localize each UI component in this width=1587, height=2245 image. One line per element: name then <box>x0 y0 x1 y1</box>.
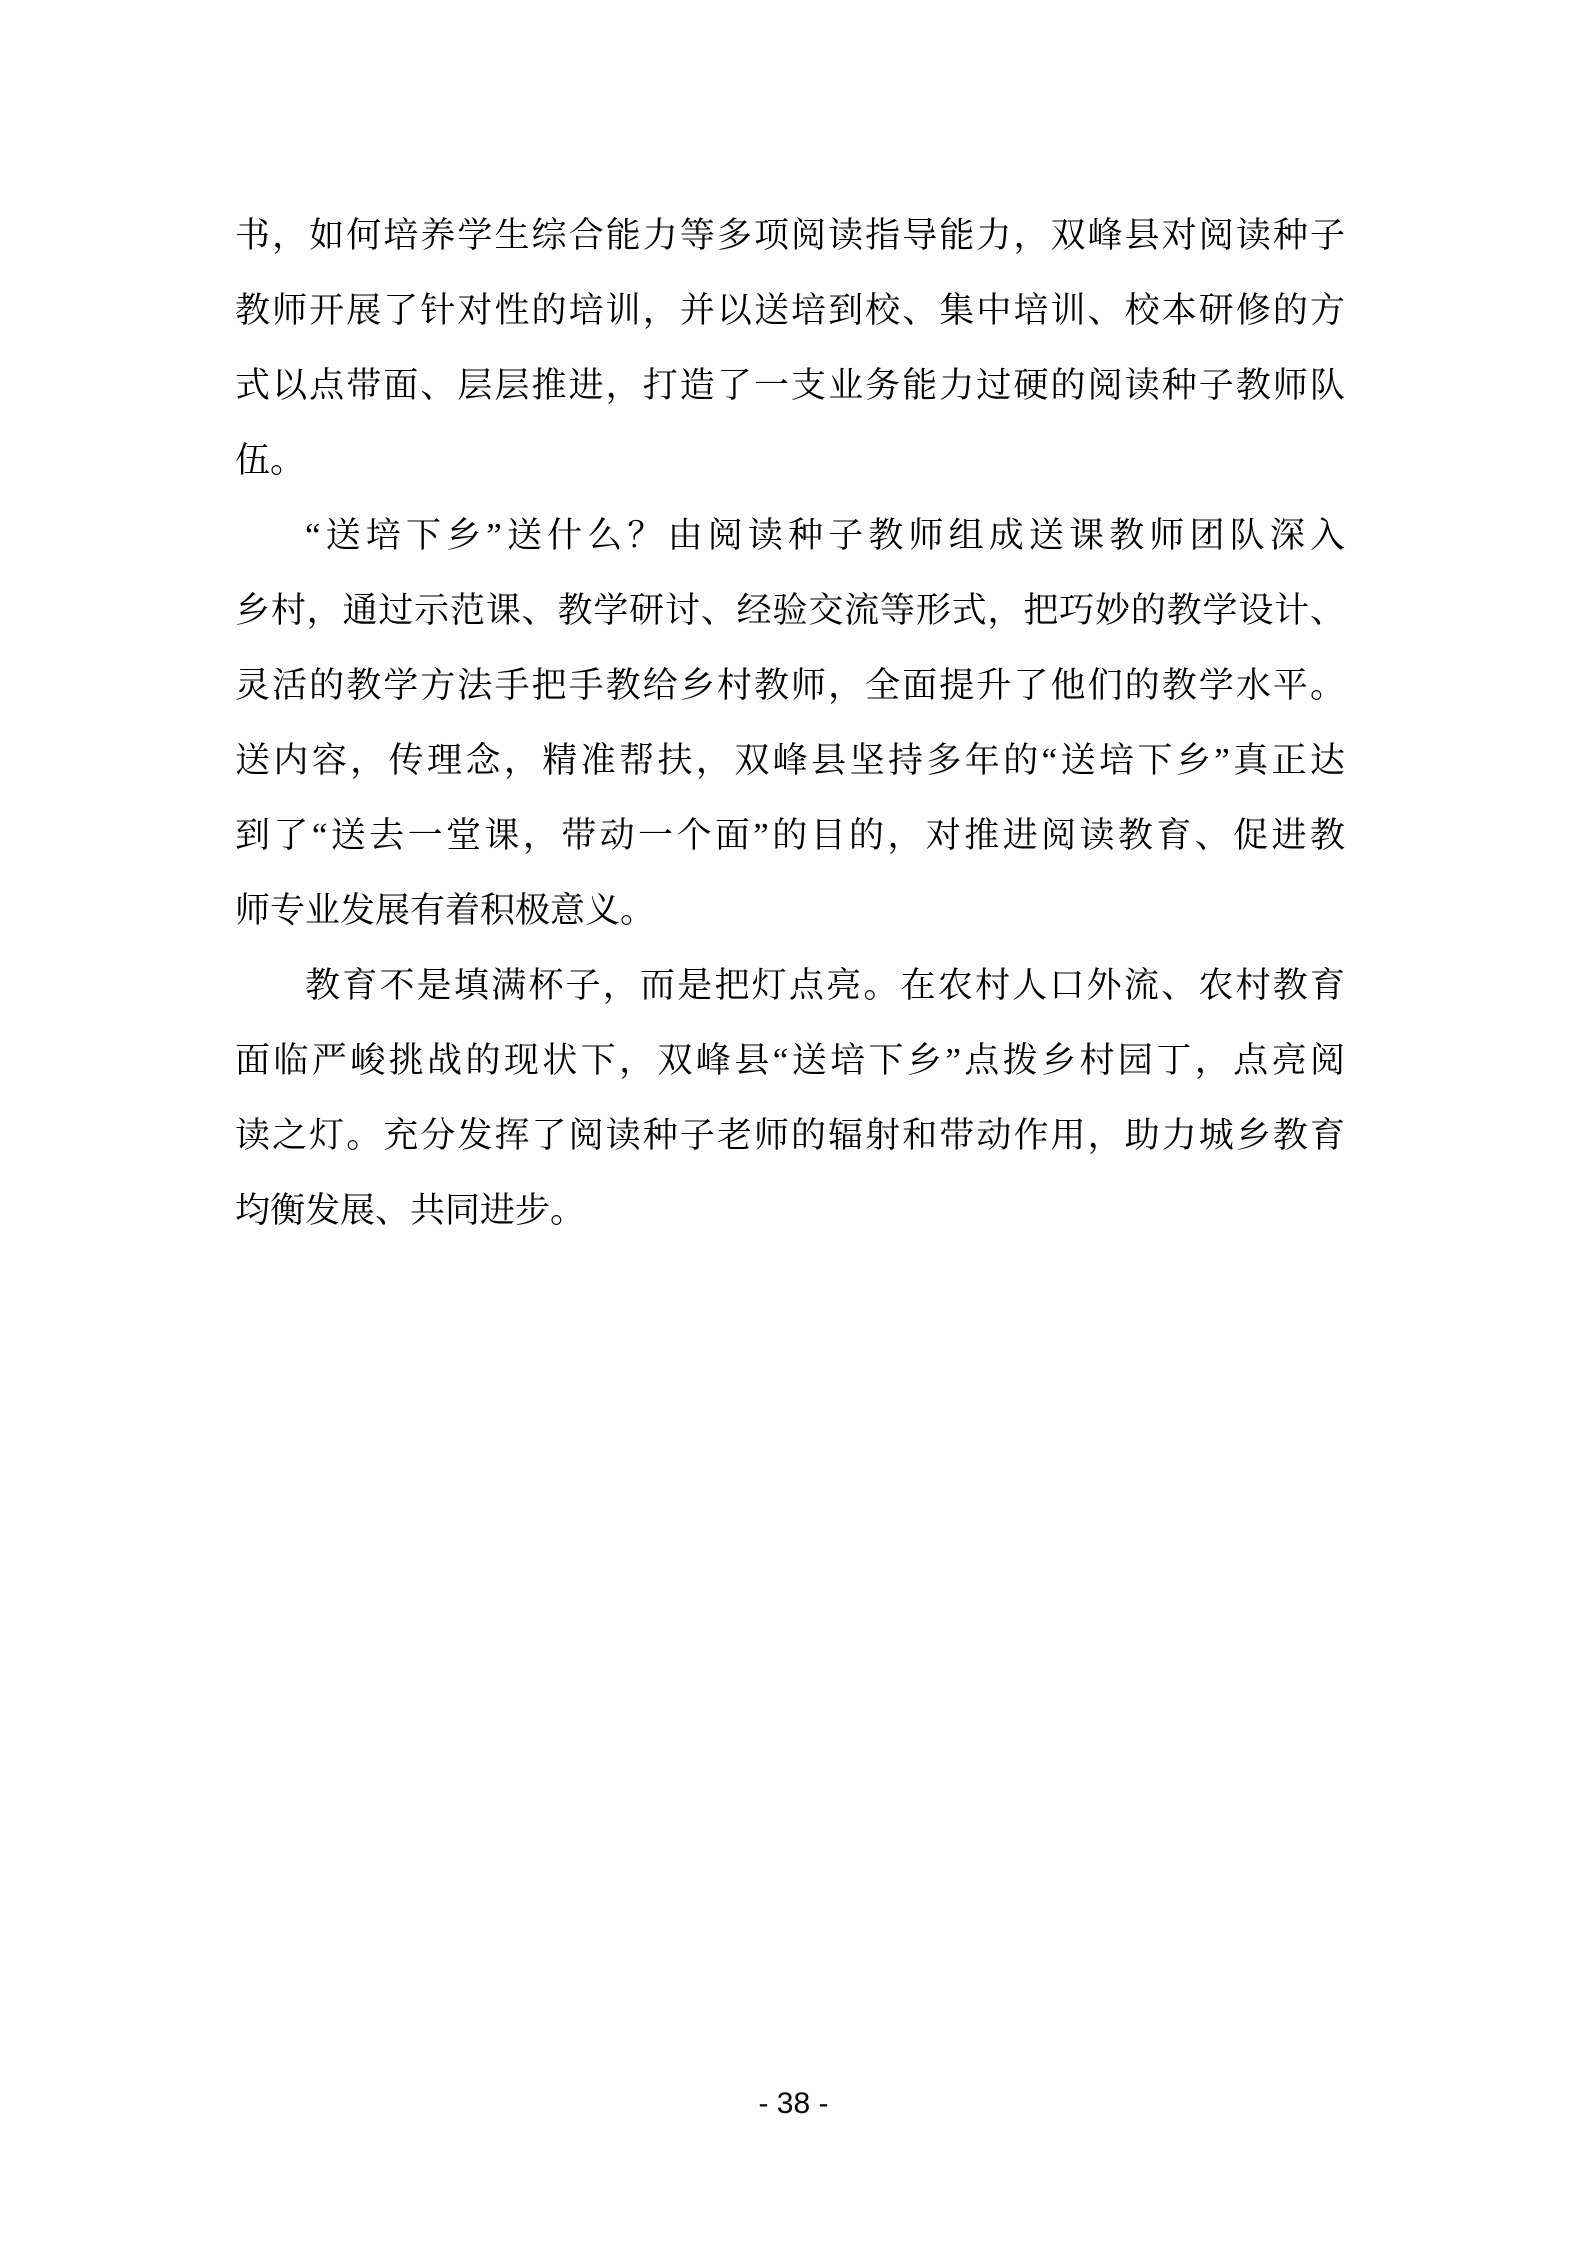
text-line: 书，如何培养学生综合能力等多项阅读指导能力，双峰县对阅读种子 <box>235 198 1345 273</box>
text-line: 送内容，传理念，精准帮扶，双峰县坚持多年的“送培下乡”真正达 <box>235 723 1345 798</box>
paragraph: “送培下乡”送什么？由阅读种子教师组成送课教师团队深入乡村，通过示范课、教学研讨… <box>235 498 1345 948</box>
text-line: 均衡发展、共同进步。 <box>235 1173 1345 1248</box>
paragraph: 书，如何培养学生综合能力等多项阅读指导能力，双峰县对阅读种子教师开展了针对性的培… <box>235 198 1345 498</box>
paragraph: 教育不是填满杯子，而是把灯点亮。在农村人口外流、农村教育面临严峻挑战的现状下，双… <box>235 948 1345 1248</box>
text-line: 教育不是填满杯子，而是把灯点亮。在农村人口外流、农村教育 <box>235 948 1345 1023</box>
text-line: 灵活的教学方法手把手教给乡村教师，全面提升了他们的教学水平。 <box>235 648 1345 723</box>
text-line: 乡村，通过示范课、教学研讨、经验交流等形式，把巧妙的教学设计、 <box>235 573 1345 648</box>
text-line: “送培下乡”送什么？由阅读种子教师组成送课教师团队深入 <box>235 498 1345 573</box>
text-line: 式以点带面、层层推进，打造了一支业务能力过硬的阅读种子教师队 <box>235 348 1345 423</box>
text-line: 读之灯。充分发挥了阅读种子老师的辐射和带动作用，助力城乡教育 <box>235 1098 1345 1173</box>
text-line: 到了“送去一堂课，带动一个面”的目的，对推进阅读教育、促进教 <box>235 798 1345 873</box>
text-line: 面临严峻挑战的现状下，双峰县“送培下乡”点拨乡村园丁，点亮阅 <box>235 1023 1345 1098</box>
document-page: 书，如何培养学生综合能力等多项阅读指导能力，双峰县对阅读种子教师开展了针对性的培… <box>0 0 1587 2245</box>
text-body: 书，如何培养学生综合能力等多项阅读指导能力，双峰县对阅读种子教师开展了针对性的培… <box>235 198 1345 1248</box>
text-line: 伍。 <box>235 423 1345 498</box>
text-line: 教师开展了针对性的培训，并以送培到校、集中培训、校本研修的方 <box>235 273 1345 348</box>
text-line: 师专业发展有着积极意义。 <box>235 873 1345 948</box>
page-number: - 38 - <box>0 2086 1587 2122</box>
